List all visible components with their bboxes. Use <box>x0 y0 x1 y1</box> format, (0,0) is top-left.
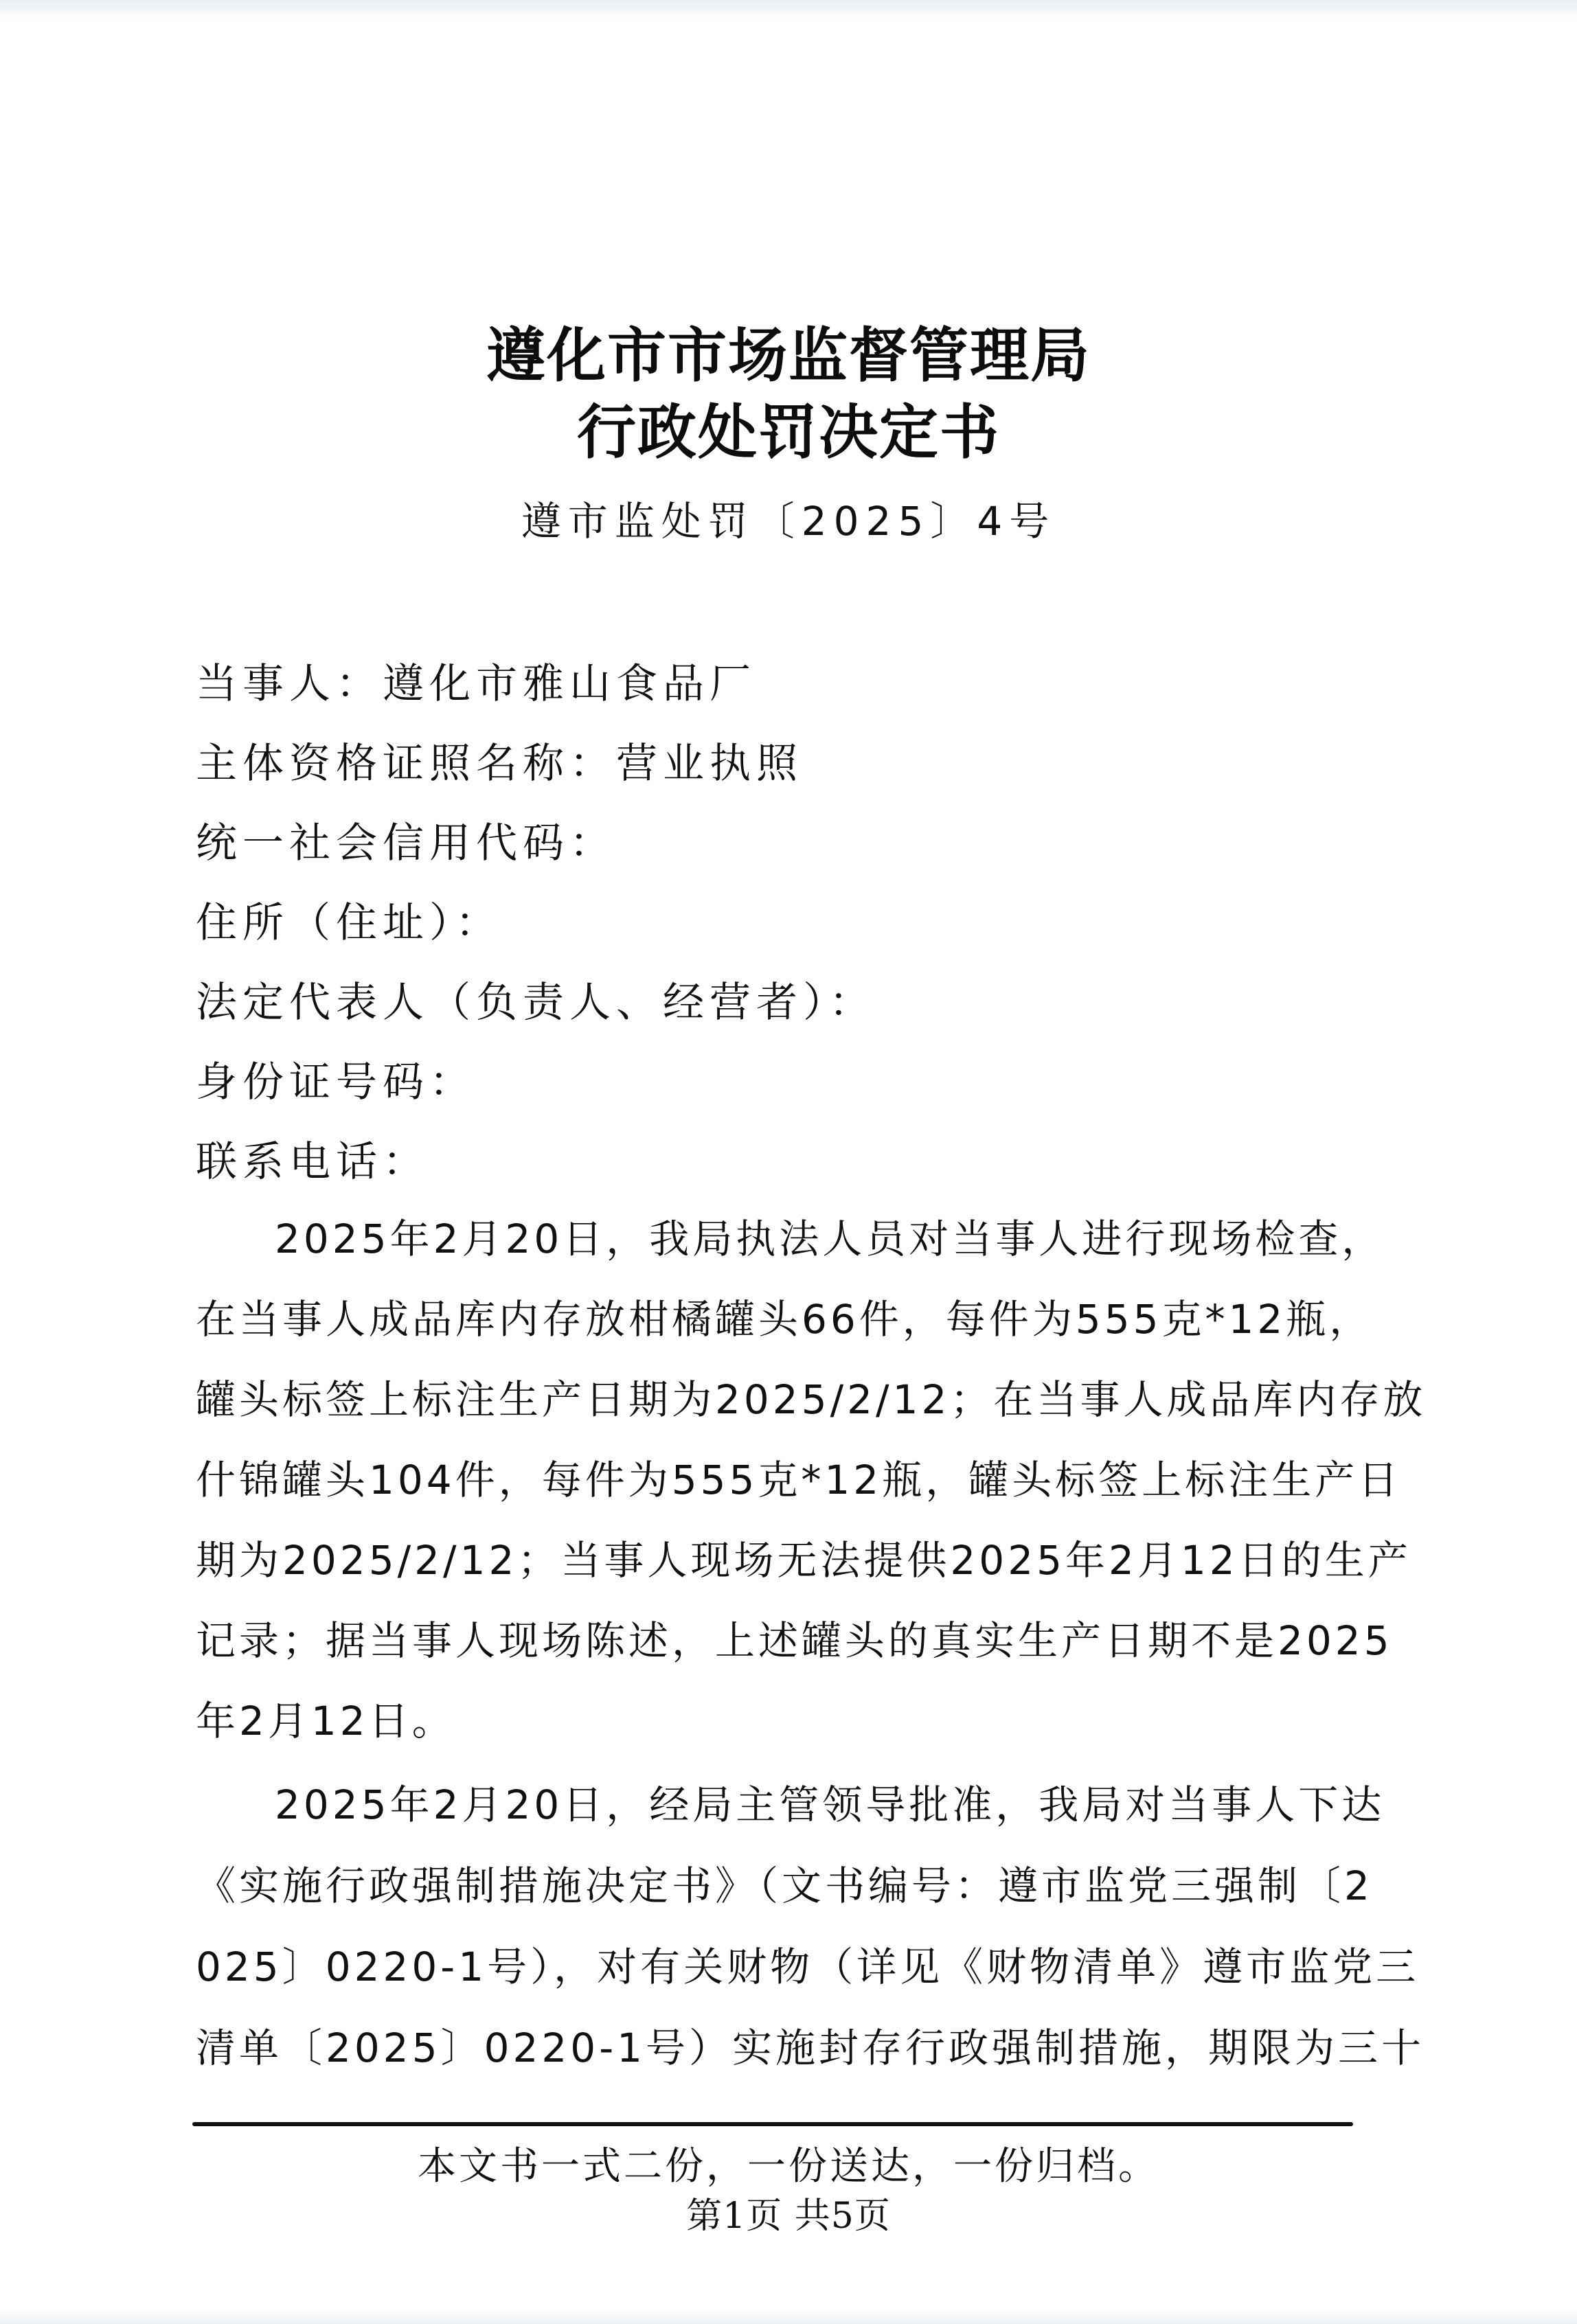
document-type-title: 行政处罚决定书 <box>0 398 1577 467</box>
license-name-label: 主体资格证照名称： <box>196 740 616 788</box>
legal-representative-label: 法定代表人（负责人、经营者）： <box>196 979 876 1027</box>
page-indicator: 第1页 共5页 <box>0 2195 1577 2237</box>
credit-code-label: 统一社会信用代码： <box>196 819 616 867</box>
footer-divider <box>192 2122 1353 2126</box>
credit-code-line: 统一社会信用代码： <box>196 819 616 868</box>
scan-edge-top <box>0 0 1577 21</box>
legal-representative-line: 法定代表人（负责人、经营者）： <box>196 978 876 1027</box>
party-name-value: 遵化市雅山食品厂 <box>383 660 756 708</box>
license-name-value: 营业执照 <box>616 740 803 788</box>
party-name-label: 当事人： <box>196 660 383 708</box>
paragraph2-line-3: 025〕0220-1号），对有关财物（详见《财物清单》遵市监党三 <box>196 1942 1368 1992</box>
document-number: 遵市监处罚〔2025〕4号 <box>0 497 1577 545</box>
paragraph1-line-5: 期为2025/2/12；当事人现场无法提供2025年2月12日的生产 <box>196 1536 1368 1585</box>
phone-label: 联系电话： <box>196 1138 429 1186</box>
license-name-line: 主体资格证照名称：营业执照 <box>196 739 803 788</box>
id-number-line: 身份证号码： <box>196 1058 476 1107</box>
paragraph1-line-2: 在当事人成品库内存放柑橘罐头66件，每件为555克*12瓶， <box>196 1295 1368 1344</box>
paragraph2-line-1: 2025年2月20日，经局主管领导批准，我局对当事人下达 <box>275 1780 1368 1830</box>
paragraph2-line-2: 《实施行政强制措施决定书》（文书编号：遵市监党三强制〔2 <box>196 1861 1368 1911</box>
paragraph1-line-6: 记录；据当事人现场陈述，上述罐头的真实生产日期不是2025 <box>196 1616 1368 1665</box>
paragraph1-line-7: 年2月12日。 <box>196 1696 1368 1746</box>
paragraph1-line-3: 罐头标签上标注生产日期为2025/2/12；在当事人成品库内存放 <box>196 1375 1368 1424</box>
id-number-label: 身份证号码： <box>196 1058 476 1106</box>
address-line: 住所（住址）： <box>196 898 502 948</box>
agency-title: 遵化市市场监督管理局 <box>0 321 1577 390</box>
address-label: 住所（住址）： <box>196 899 502 947</box>
paragraph2-line-4: 清单〔2025〕0220-1号）实施封存行政强制措施，期限为三十 <box>196 2023 1368 2073</box>
party-name-line: 当事人：遵化市雅山食品厂 <box>196 659 756 709</box>
paragraph1-line-4: 什锦罐头104件，每件为555克*12瓶，罐头标签上标注生产日 <box>196 1455 1368 1505</box>
paragraph1-line-1: 2025年2月20日，我局执法人员对当事人进行现场检查， <box>275 1214 1368 1264</box>
footer-note: 本文书一式二份，一份送达，一份归档。 <box>0 2144 1577 2189</box>
phone-line: 联系电话： <box>196 1137 429 1187</box>
scan-edge-bottom <box>0 2308 1577 2324</box>
